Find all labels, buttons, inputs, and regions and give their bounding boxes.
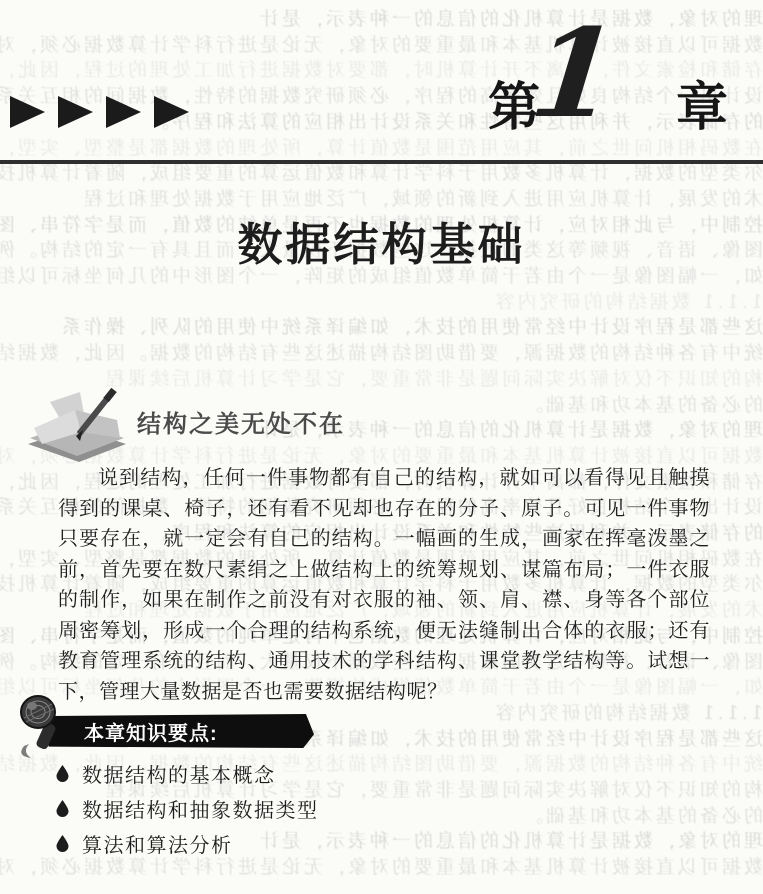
droplet-bullet-icon bbox=[56, 835, 69, 852]
section-heading-row: 结构之美无处不在 bbox=[0, 384, 763, 474]
key-point-label: 数据结构和抽象数据类型 bbox=[82, 794, 319, 823]
key-point-label: 算法和算法分析 bbox=[82, 829, 233, 858]
chapter-arrow-decoration bbox=[10, 96, 202, 128]
chapter-title: 数据结构基础 bbox=[0, 208, 763, 273]
right-triangle-icon bbox=[58, 96, 93, 128]
page-content: 第 1 章 数据结构基础 结构之美无处不在 说到结构，任何一件事物都有自己的结构… bbox=[0, 0, 763, 894]
book-page: 理的对象，数据是计算机化的信息的一种表示，是计数据可以直接被计算机基本和最重要的… bbox=[0, 0, 763, 894]
key-points-list: 数据结构的基本概念 数据结构和抽象数据类型 算法和算法分析 bbox=[56, 762, 319, 867]
chapter-suffix: 章 bbox=[676, 82, 728, 134]
intro-paragraph: 说到结构，任何一件事物都有自己的结构，就如可以看得见且触摸得到的课桌、椅子，还有… bbox=[58, 462, 710, 706]
right-triangle-icon bbox=[106, 96, 141, 128]
open-book-pen-icon bbox=[20, 386, 134, 470]
key-point-label: 数据结构的基本概念 bbox=[82, 759, 276, 788]
droplet-bullet-icon bbox=[56, 765, 69, 782]
section-heading: 结构之美无处不在 bbox=[137, 404, 345, 439]
header-rule bbox=[0, 160, 763, 164]
key-point-item: 算法和算法分析 bbox=[56, 832, 319, 854]
right-triangle-icon bbox=[154, 96, 189, 128]
key-points-banner-label: 本章知识要点: bbox=[84, 717, 218, 746]
key-points-banner: 本章知识要点: bbox=[46, 714, 314, 748]
chapter-number: 1 bbox=[526, 12, 624, 134]
chapter-label: 第 1 章 bbox=[480, 0, 763, 160]
microphone-icon bbox=[14, 690, 72, 766]
key-point-item: 数据结构的基本概念 bbox=[56, 762, 319, 784]
droplet-bullet-icon bbox=[56, 800, 69, 817]
right-triangle-icon bbox=[10, 96, 45, 128]
key-point-item: 数据结构和抽象数据类型 bbox=[56, 797, 319, 819]
